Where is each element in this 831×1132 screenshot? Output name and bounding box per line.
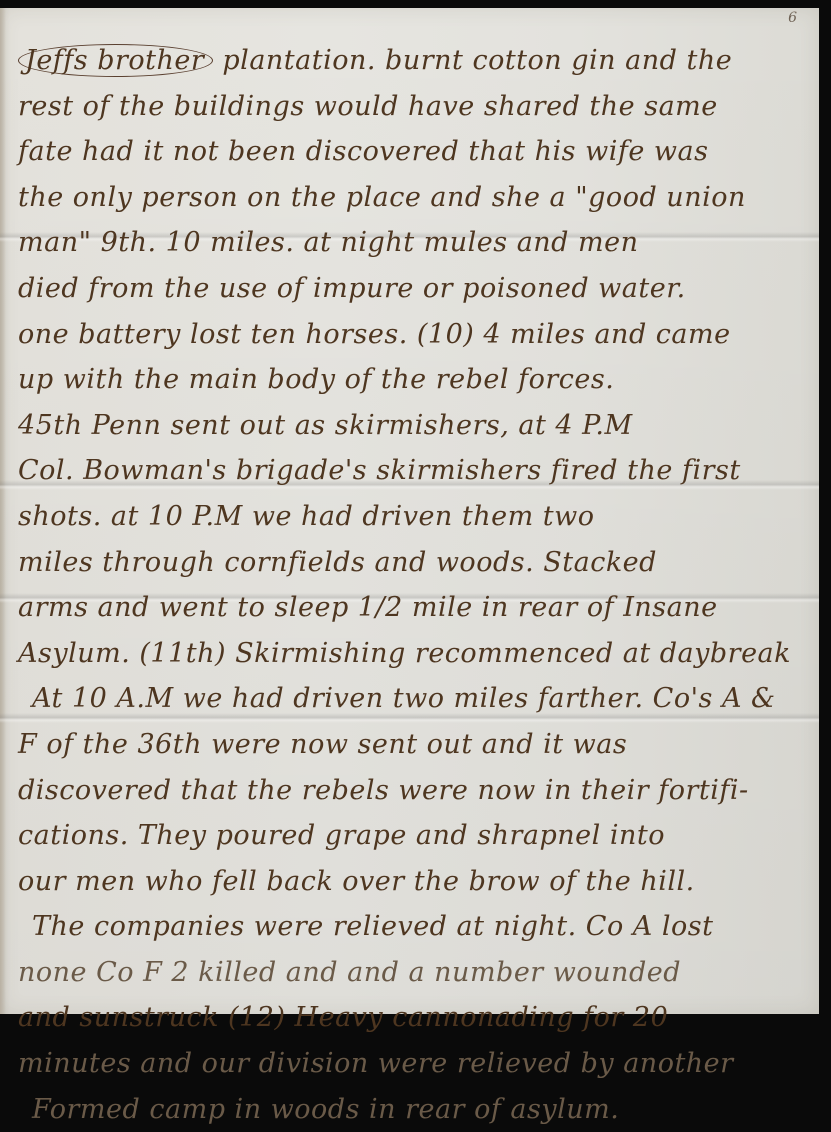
- text-line: discovered that the rebels were now in t…: [18, 768, 809, 814]
- text-line: cations. They poured grape and shrapnel …: [18, 813, 809, 859]
- text-line: Col. Bowman's brigade's skirmishers fire…: [18, 448, 809, 494]
- text-line: F of the 36th were now sent out and it w…: [18, 722, 809, 768]
- text-line: Asylum. (11th) Skirmishing recommenced a…: [18, 631, 809, 677]
- text-line: miles through cornfields and woods. Stac…: [18, 540, 809, 586]
- text-line: arms and went to sleep 1/2 mile in rear …: [18, 585, 809, 631]
- text-line: died from the use of impure or poisoned …: [18, 266, 809, 312]
- scan-frame: 6 Jeffs brother plantation. burnt cotton…: [0, 0, 831, 1024]
- text-line: The companies were relieved at night. Co…: [18, 904, 809, 950]
- letter-page: 6 Jeffs brother plantation. burnt cotton…: [0, 8, 819, 1014]
- text-line: up with the main body of the rebel force…: [18, 357, 809, 403]
- handwritten-text: Jeffs brother plantation. burnt cotton g…: [18, 38, 809, 1024]
- text-line: At 10 A.M we had driven two miles farthe…: [18, 676, 809, 722]
- text-line: fate had it not been discovered that his…: [18, 129, 809, 175]
- circled-annotation: Jeffs brother: [18, 44, 213, 77]
- text-line: and sunstruck (12) Heavy cannonading for…: [18, 995, 809, 1024]
- text-line: the only person on the place and she a "…: [18, 175, 809, 221]
- text-line: shots. at 10 P.M we had driven them two: [18, 494, 809, 540]
- text-line: Jeffs brother plantation. burnt cotton g…: [18, 38, 809, 84]
- text-line: our men who fell back over the brow of t…: [18, 859, 809, 905]
- text-line: one battery lost ten horses. (10) 4 mile…: [18, 312, 809, 358]
- page-edge: [0, 8, 6, 1014]
- text-line: rest of the buildings would have shared …: [18, 84, 809, 130]
- page-number: 6: [788, 10, 797, 26]
- text-line: man" 9th. 10 miles. at night mules and m…: [18, 220, 809, 266]
- text-line: 45th Penn sent out as skirmishers, at 4 …: [18, 403, 809, 449]
- text-line: none Co F 2 killed and and a number woun…: [18, 950, 809, 996]
